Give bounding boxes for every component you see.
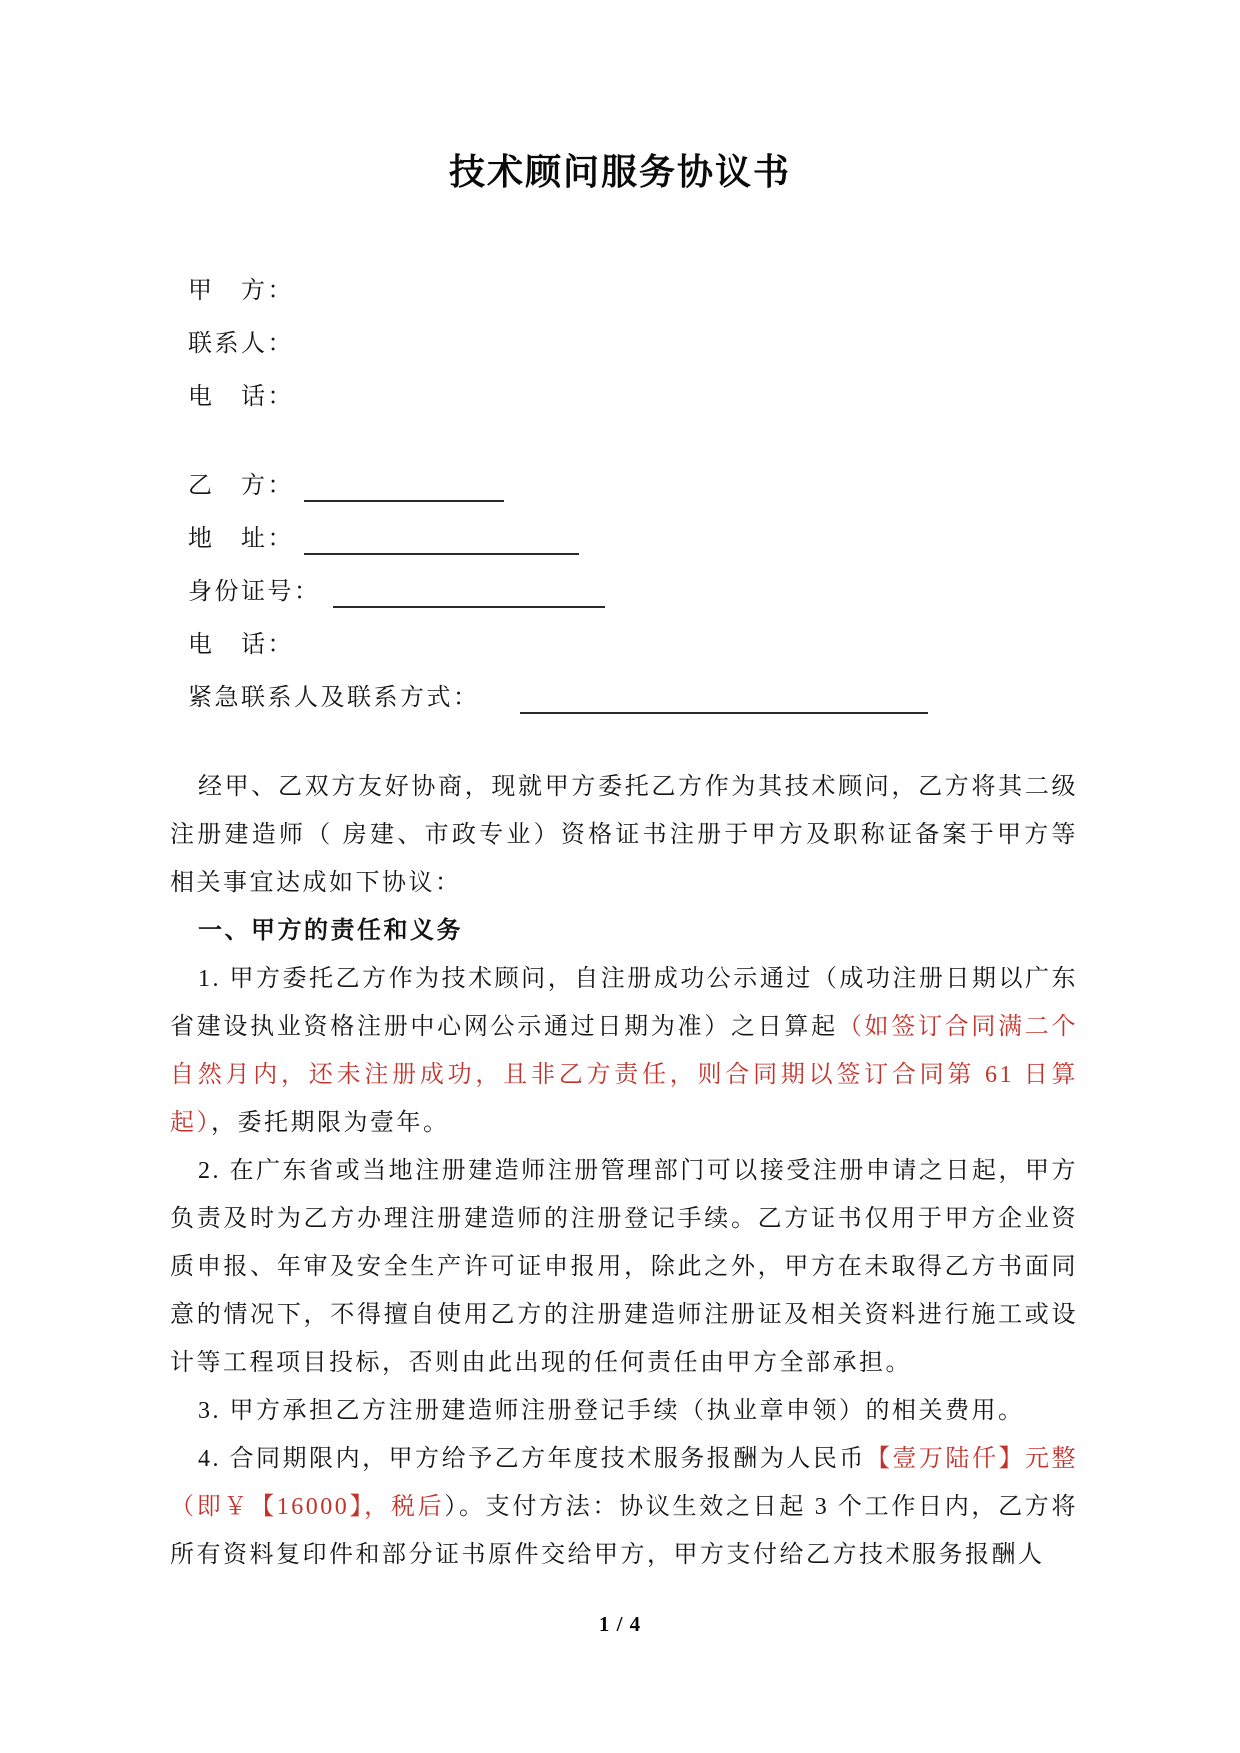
clause-4-paragraph: 4. 合同期限内，甲方给予乙方年度技术服务报酬为人民币【壹万陆仟】元整（即￥【1…: [170, 1435, 1078, 1579]
party-a-contact-row: 联系人：: [188, 323, 1078, 376]
intro-paragraph: 经甲、乙双方友好协商，现就甲方委托乙方作为其技术顾问，乙方将其二级注册建造师（ …: [170, 763, 1078, 907]
clause-3-paragraph: 3. 甲方承担乙方注册建造师注册登记手续（执业章申领）的相关费用。: [170, 1387, 1078, 1435]
party-b-id-number-row: 身份证号：: [188, 571, 1078, 624]
clause-1-paragraph: 1. 甲方委托乙方作为技术顾问，自注册成功公示通过（成功注册日期以广东省建设执业…: [170, 955, 1078, 1147]
document-title: 技术顾问服务协议书: [0, 0, 1240, 190]
party-a-contact-label: 联系人：: [188, 331, 294, 357]
party-a-name-row: 甲 方：: [188, 270, 1078, 323]
party-b-name-label: 乙 方：: [188, 473, 294, 499]
section-1-heading: 一、甲方的责任和义务: [170, 907, 1078, 955]
agreement-text-block: 经甲、乙双方友好协商，现就甲方委托乙方作为其技术顾问，乙方将其二级注册建造师（ …: [170, 763, 1078, 1579]
party-b-emergency-contact-label: 紧急联系人及联系方式：: [188, 685, 480, 711]
party-b-phone-row: 电 话：: [188, 624, 1078, 677]
party-b-emergency-contact-blank-line: [520, 686, 928, 714]
party-a-phone-label: 电 话：: [188, 384, 294, 410]
party-b-address-row: 地 址：: [188, 518, 1078, 571]
page-number: 1 / 4: [0, 1612, 1240, 1637]
clause-2-paragraph: 2. 在广东省或当地注册建造师注册管理部门可以接受注册申请之日起，甲方负责及时为…: [170, 1147, 1078, 1387]
party-b-name-row: 乙 方：: [188, 465, 1078, 518]
party-a-phone-row: 电 话：: [188, 376, 1078, 429]
party-a-block: 甲 方： 联系人： 电 话：: [188, 270, 1078, 429]
document-body: 甲 方： 联系人： 电 话： 乙 方： 地 址： 身份证号： 电 话：: [170, 190, 1078, 1579]
party-b-block: 乙 方： 地 址： 身份证号： 电 话： 紧急联系人及联系方式：: [188, 465, 1078, 730]
party-b-address-blank-line: [304, 527, 579, 555]
party-b-id-number-label: 身份证号：: [188, 579, 321, 605]
party-b-phone-label: 电 话：: [188, 632, 294, 658]
party-b-address-label: 地 址：: [188, 526, 294, 552]
party-b-id-number-blank-line: [333, 580, 605, 608]
document-page: 技术顾问服务协议书 甲 方： 联系人： 电 话： 乙 方： 地 址： 身份证号：: [0, 0, 1240, 1753]
party-a-name-label: 甲 方：: [188, 278, 294, 304]
party-b-name-blank-line: [304, 474, 504, 502]
party-b-emergency-contact-row: 紧急联系人及联系方式：: [188, 677, 1078, 730]
